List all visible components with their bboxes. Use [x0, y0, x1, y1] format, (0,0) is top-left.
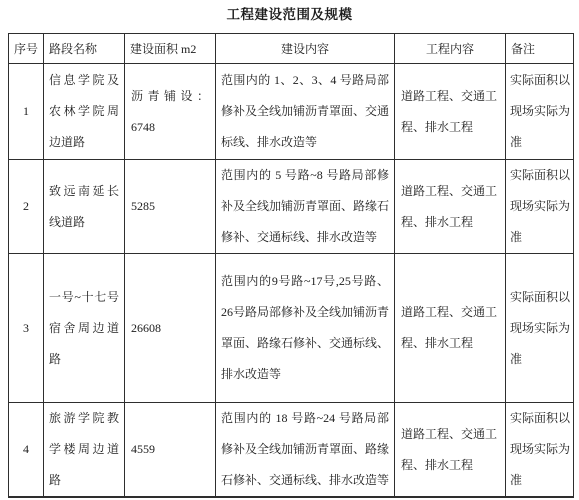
note-cell: 实际面积以现场实际为准: [506, 403, 574, 498]
note-cell: 实际面积以现场实际为准: [506, 160, 574, 254]
header-col-content: 建设内容: [216, 34, 395, 64]
note-cell: 实际面积以现场实际为准: [506, 254, 574, 403]
area-cell: 26608: [125, 254, 216, 403]
header-col-note: 备注: [506, 34, 574, 64]
area-value: 6748: [131, 112, 209, 143]
road-name-cell: 一号~十七号宿舍周边道路: [44, 254, 125, 403]
row-number-cell: 1: [9, 64, 44, 160]
area-value: 4559: [131, 434, 209, 465]
header-col-no: 序号: [9, 34, 44, 64]
row-number-cell: 2: [9, 160, 44, 254]
content-cell: 范围内的 1、2、3、4 号路局部修补及全线加铺沥青罩面、交通标线、排水改造等: [216, 64, 395, 160]
content-cell: 范围内的 18 号路~24 号路局部修补及全线加铺沥青罩面、路缘石修补、交通标线…: [216, 403, 395, 498]
header-col-area: 建设面积 m2: [125, 34, 216, 64]
note-cell: 实际面积以现场实际为准: [506, 64, 574, 160]
row-number-cell: 3: [9, 254, 44, 403]
road-name-cell: 致远南延长线道路: [44, 160, 125, 254]
area-cell: 4559: [125, 403, 216, 498]
table-row: 4 旅游学院教学楼周边道路 4559 范围内的 18 号路~24 号路局部修补及…: [9, 403, 574, 498]
table-row: 2 致远南延长线道路 5285 范围内的 5 号路~8 号路局部修补及全线加铺沥…: [9, 160, 574, 254]
engineering-cell: 道路工程、交通工程、排水工程: [395, 254, 506, 403]
engineering-cell: 道路工程、交通工程、排水工程: [395, 403, 506, 498]
table-title: 工程建设范围及规模: [0, 6, 579, 24]
engineering-cell: 道路工程、交通工程、排水工程: [395, 160, 506, 254]
area-cell: 沥青铺设： 6748: [125, 64, 216, 160]
row-number-cell: 4: [9, 403, 44, 498]
header-col-eng: 工程内容: [395, 34, 506, 64]
header-col-name: 路段名称: [44, 34, 125, 64]
area-value: 26608: [131, 313, 209, 344]
area-value: 5285: [131, 191, 209, 222]
area-label: 沥青铺设：: [131, 81, 209, 112]
content-cell: 范围内的 5 号路~8 号路局部修补及全线加铺沥青罩面、路缘石修补、交通标线、排…: [216, 160, 395, 254]
content-cell: 范围内的9号路~17号,25号路、26号路局部修补及全线加铺沥青罩面、路缘石修补…: [216, 254, 395, 403]
road-name-cell: 旅游学院教学楼周边道路: [44, 403, 125, 498]
header-row: 序号 路段名称 建设面积 m2 建设内容 工程内容 备注: [9, 34, 574, 64]
engineering-cell: 道路工程、交通工程、排水工程: [395, 64, 506, 160]
area-cell: 5285: [125, 160, 216, 254]
document-page: 工程建设范围及规模 序号 路段名称 建设面积 m2 建设内容 工程内容 备注 1…: [0, 0, 579, 500]
scope-table: 序号 路段名称 建设面积 m2 建设内容 工程内容 备注 1 信息学院及农林学院…: [8, 33, 574, 498]
table-row: 1 信息学院及农林学院周边道路 沥青铺设： 6748 范围内的 1、2、3、4 …: [9, 64, 574, 160]
table-row: 3 一号~十七号宿舍周边道路 26608 范围内的9号路~17号,25号路、26…: [9, 254, 574, 403]
road-name-cell: 信息学院及农林学院周边道路: [44, 64, 125, 160]
